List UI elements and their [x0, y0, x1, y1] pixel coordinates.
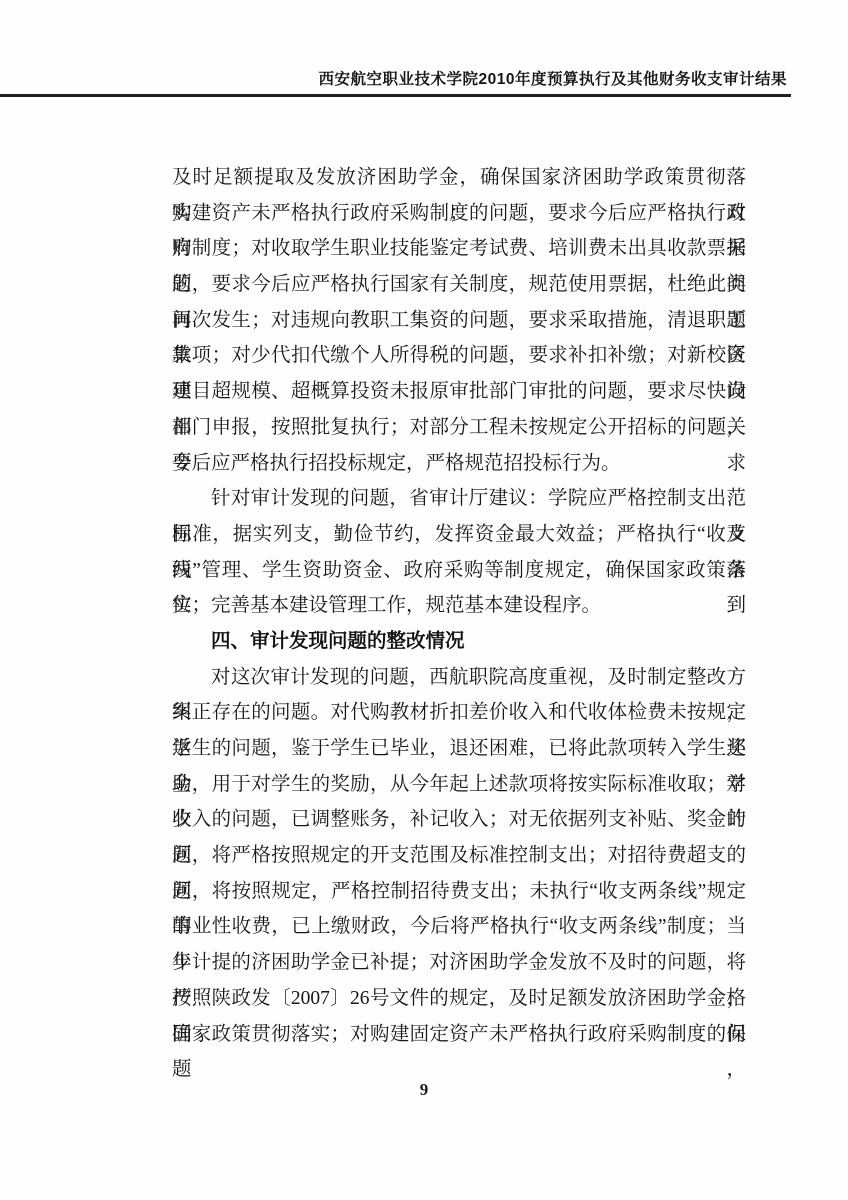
body-line: 按照陕政发〔2007〕26号文件的规定，及时足额发放济困助学金，确保: [172, 981, 746, 1017]
page-header-title: 西安航空职业技术学院2010年度预算执行及其他财务收支审计结果: [0, 70, 787, 90]
body-line: 题，将严格按照规定的开支范围及标准控制支出；对招待费超支的问: [172, 838, 746, 874]
body-line: 标准，据实列支，勤俭节约，发挥资金最大效益；严格执行“收支两条: [172, 517, 746, 553]
body-line: 学生的问题，鉴于学生已毕业，退还困难，已将此款项转入学生奖助学: [172, 731, 746, 767]
body-line: 国家政策贯彻落实；对购建固定资产未严格执行政府采购制度的问题，: [172, 1017, 746, 1053]
body-line: 及时足额提取及发放济困助学金，确保国家济困助学政策贯彻落实；对: [172, 160, 746, 196]
page-number: 9: [0, 1080, 848, 1100]
body-line: 款项；对少代扣代缴个人所得税的问题，要求补扣补缴；对新校区建设: [172, 338, 746, 374]
document-body: 及时足额提取及发放济困助学金，确保国家济困助学政策贯彻落实；对 购建资产未严格执…: [172, 160, 746, 1052]
body-line: 购制度；对收取学生职业技能鉴定考试费、培训费未出具收款票据的问: [172, 231, 746, 267]
body-line: 收入的问题，已调整账务，补记收入；对无依据列支补贴、奖金的问: [172, 802, 746, 838]
body-line: 项目超规模、超概算投资未报原审批部门审批的问题，要求尽快向相关: [172, 374, 746, 410]
body-line: 购建资产未严格执行政府采购制度的问题，要求今后应严格执行政府采: [172, 196, 746, 232]
body-line: 再次发生；对违规向教职工集资的问题，要求采取措施，清退职工集资: [172, 303, 746, 339]
body-line: 针对审计发现的问题，省审计厅建议：学院应严格控制支出范围及: [172, 481, 746, 517]
section-heading: 四、审计发现问题的整改情况: [172, 624, 746, 660]
body-line: 题，要求今后应严格执行国家有关制度，规范使用票据，杜绝此类问题: [172, 267, 746, 303]
body-line: 金，用于对学生的奖励，从今年起上述款项将按实际标准收取；对少计: [172, 767, 746, 803]
body-line: 部门申报，按照批复执行；对部分工程未按规定公开招标的问题，要求: [172, 410, 746, 446]
body-line: 少计提的济困助学金已补提；对济困助学金发放不及时的问题，将严格: [172, 945, 746, 981]
body-line: 纠正存在的问题。对代购教材折扣差价收入和代收体检费未按规定返还: [172, 695, 746, 731]
body-line: 事业性收费，已上缴财政，今后将严格执行“收支两条线”制度；当年: [172, 909, 746, 945]
body-line: 题，将按照规定，严格控制招待费支出；未执行“收支两条线”规定的: [172, 874, 746, 910]
body-line: 对这次审计发现的问题，西航职院高度重视，及时制定整改方案，: [172, 660, 746, 696]
document-page: 西安航空职业技术学院2010年度预算执行及其他财务收支审计结果 及时足额提取及发…: [0, 0, 848, 1200]
header-rule-line: [0, 94, 791, 97]
body-line: 线”管理、学生资助资金、政府采购等制度规定，确保国家政策落实到: [172, 553, 746, 589]
